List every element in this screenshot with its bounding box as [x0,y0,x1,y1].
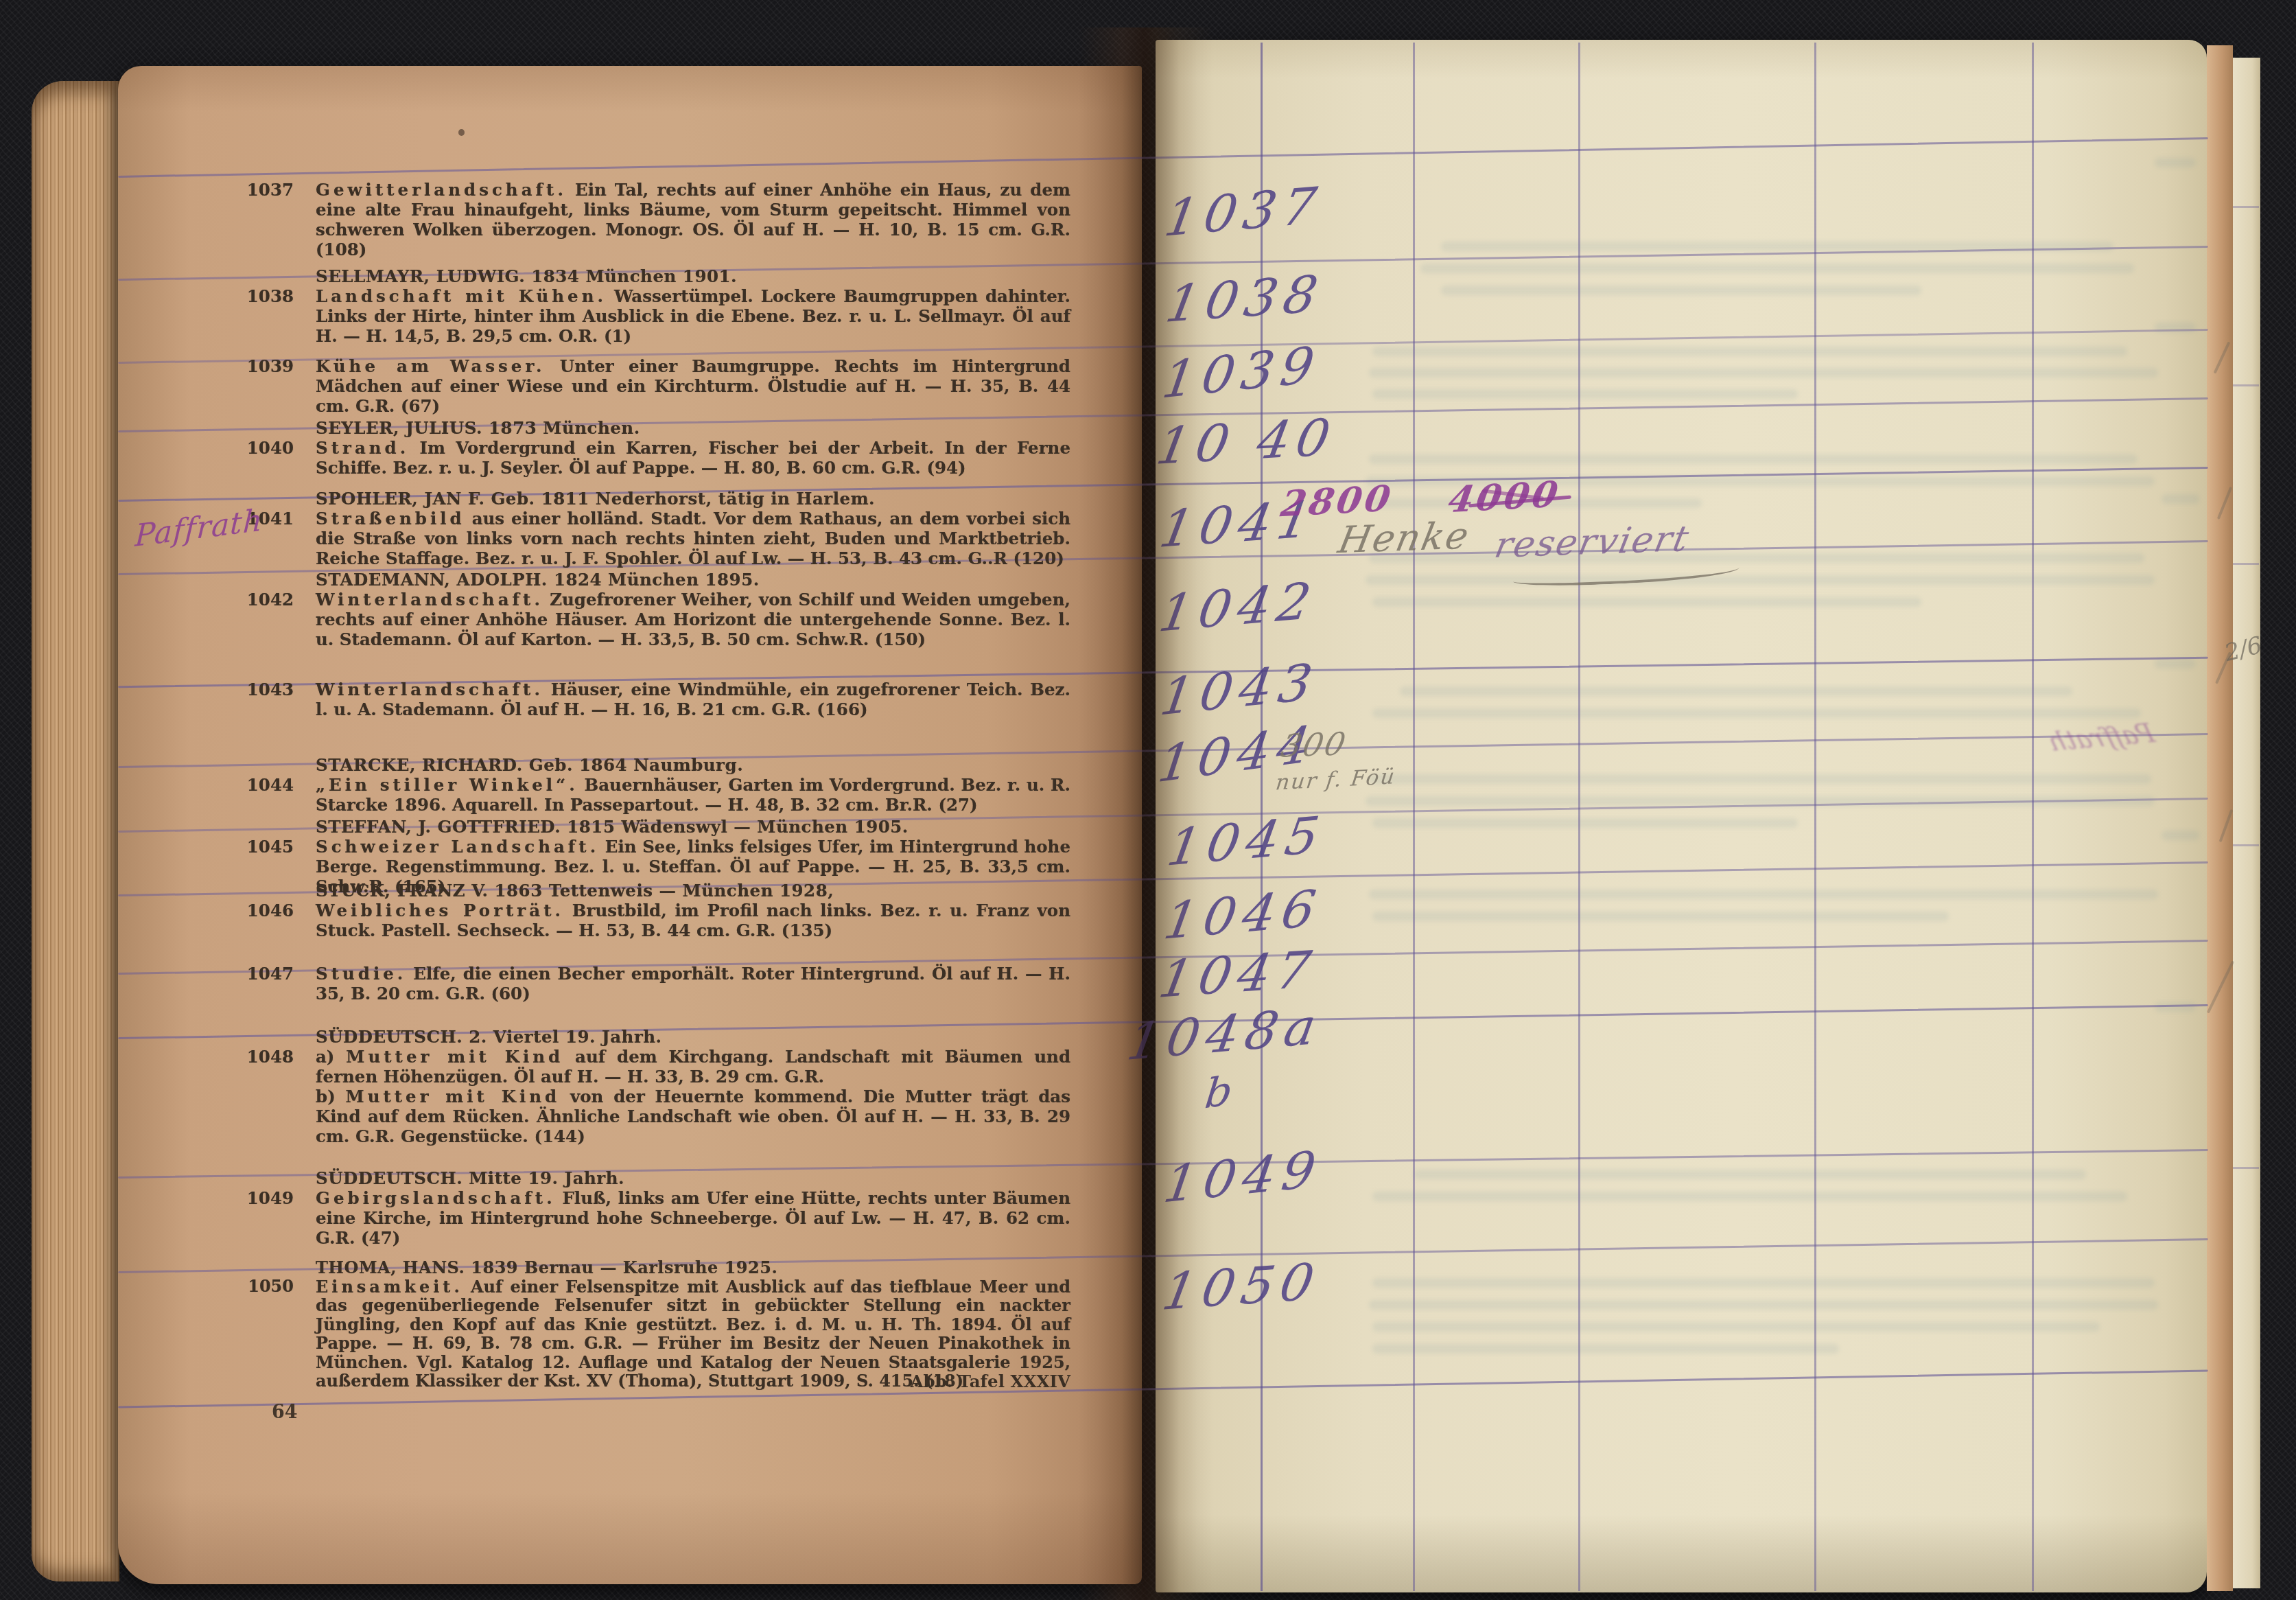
catalog-entry-1049: SÜDDEUTSCH. Mitte 19. Jahrh. 1049 Gebirg… [118,1168,1142,1248]
showthrough-line [1369,454,2137,464]
showthrough-line [1441,286,1921,295]
showthrough-line [1369,368,2158,378]
next-page-edge [2233,58,2260,1588]
column-line [2032,43,2034,1591]
entry-title: Mutter mit Kind [346,1047,563,1067]
entry-title: Einsamkeit. [316,1277,463,1297]
ink-speck [848,292,852,295]
ledger-number-1048b: b [1202,1065,1241,1118]
artist-header: SEYLER, JULIUS. 1873 München. [316,418,1070,438]
entry-title: Strand. [316,438,409,458]
showthrough-line [1414,1170,2086,1179]
showthrough-line [1372,1322,2100,1332]
showthrough-line [1372,1192,2127,1201]
entry-body: Im Vordergrund ein Karren, Fischer bei d… [316,438,1070,478]
artist-header: STARCKE, RICHARD. Geb. 1864 Naumburg. [316,755,1070,775]
showthrough-line [2162,831,2199,840]
entry-title: Gewitterlandschaft. [316,180,567,200]
entry-title: Kühe am Wasser. [316,356,546,376]
ink-speck [458,129,465,136]
showthrough-line [1400,686,2072,696]
catalog-entry-1037: 1037 Gewitterlandschaft. Ein Tal, rechts… [118,180,1142,259]
lot-number: 1044 [240,775,294,795]
page-number: 64 [272,1402,298,1423]
artist-header: SÜDDEUTSCH. Mitte 19. Jahrh. [316,1168,1070,1188]
lot-number: 1043 [240,680,294,699]
catalog-entry-1042: STADEMANN, ADOLPH. 1824 München 1895. 10… [118,570,1142,649]
showthrough-line [1372,708,2141,718]
column-line [1413,43,1415,1591]
lot-number: 1040 [240,438,294,458]
showthrough-line [2162,494,2199,504]
showthrough-line [1369,553,2144,563]
artist-header: STEFFAN, J. GOTTFRIED. 1815 Wädenswyl — … [316,817,1070,837]
catalog-entry-1044: STARCKE, RICHARD. Geb. 1864 Naumburg. 10… [118,755,1142,815]
edge-ruling-stub [2233,844,2259,846]
showthrough-line [2155,158,2196,167]
entry-body: Elfe, die einen Becher emporhält. Roter … [316,964,1070,1004]
catalog-entry-1050: THOMA, HANS. 1839 Bernau — Karlsruhe 192… [118,1258,1142,1391]
ledger-number-1050: 1050 [1158,1252,1325,1321]
lot-number: 1038 [240,286,294,306]
lot-number: 1039 [240,356,294,376]
artist-header: SÜDDEUTSCH. 2. Viertel 19. Jahrh. [316,1027,1070,1047]
lot-number: 1046 [240,901,294,920]
entry-title: Winterlandschaft. [316,680,543,699]
column-line [1814,43,1816,1591]
entry-title: Landschaft mit Kühen. [316,286,607,306]
entry-title: Mutter mit Kind [346,1087,561,1106]
artist-header: SPOHLER, JAN F. Geb. 1811 Nederhorst, tä… [316,489,1070,509]
plate-reference: Abb. Tafel XXXIV [118,1372,1070,1391]
catalog-entry-1039: 1039 Kühe am Wasser. Unter einer Baumgru… [118,356,1142,416]
lot-number: 1049 [240,1188,294,1208]
showthrough-line [1369,774,2151,784]
entry-title: Straßenbild [316,509,465,529]
edge-ruling-stub [2233,563,2259,565]
artist-header: THOMA, HANS. 1839 Bernau — Karlsruhe 192… [316,1258,1070,1277]
artist-header: STADEMANN, ADOLPH. 1824 München 1895. [316,570,1070,590]
price-note-300: 300 [1278,725,1350,764]
showthrough-line [1372,389,1798,399]
showthrough-line [1420,264,2134,273]
entry-part-label: a) [316,1047,334,1067]
entry-part-label: b) [316,1087,336,1106]
showthrough-line [1372,347,2127,356]
catalog-entry-1048: SÜDDEUTSCH. 2. Viertel 19. Jahrh. 1048 a… [118,1027,1142,1146]
buyer-note-henke: Henke [1335,514,1473,562]
lot-number: 1045 [240,837,294,857]
entry-title: Gebirgslandschaft. [316,1188,556,1208]
status-note-reserviert: reserviert [1491,518,1693,566]
showthrough-line [1366,575,2155,585]
page-stack-edges [32,81,119,1581]
showthrough-line [1372,1344,1839,1354]
showthrough-line [1372,597,1921,607]
catalog-entry-1046: STUCK, FRANZ V. 1863 Tettenweis — Münche… [118,881,1142,940]
showthrough-line [1372,912,1949,921]
ledger-number-1040: 10 40 [1152,408,1341,476]
showthrough-line [2155,659,2196,669]
entry-title: „Ein stiller Winkel“. [316,775,578,795]
lot-number: 1037 [240,180,294,200]
entry-title: Weibliches Porträt. [316,901,564,920]
entry-title: Schweizer Landschaft. [316,837,599,857]
catalog-entry-1047: 1047 Studie. Elfe, die einen Becher empo… [118,964,1142,1004]
edge-ruling-stub [2233,1167,2259,1169]
lot-number: 1042 [240,590,294,610]
lot-number: 1047 [240,964,294,984]
edge-ruling-stub [2233,384,2259,386]
catalog-entry-1040: SEYLER, JULIUS. 1873 München. 1040 Stran… [118,418,1142,478]
showthrough-line [1369,1300,2158,1310]
book-scan: 1037 Gewitterlandschaft. Ein Tal, rechts… [0,0,2296,1600]
showthrough-line [1372,818,1798,828]
showthrough-line [1369,890,2158,899]
column-line [1578,43,1580,1591]
entry-title: Winterlandschaft. [316,590,543,610]
lot-number: 1048 [240,1047,294,1067]
catalog-entry-1043: 1043 Winterlandschaft. Häuser, eine Wind… [118,680,1142,719]
artist-header: SELLMAYR, LUDWIG. 1834 München 1901. [316,266,1070,286]
showthrough-line [1372,1278,2155,1288]
artist-header: STUCK, FRANZ V. 1863 Tettenweis — Münche… [316,881,1070,901]
catalog-entry-1038: SELLMAYR, LUDWIG. 1834 München 1901. 103… [118,266,1142,346]
lot-number: 1050 [240,1277,294,1296]
edge-ruling-stub [2233,206,2259,208]
entry-title: Studie. [316,964,406,984]
catalog-entry-1041: SPOHLER, JAN F. Geb. 1811 Nederhorst, tä… [118,489,1142,568]
ledger-number-1038: 1038 [1162,264,1328,334]
